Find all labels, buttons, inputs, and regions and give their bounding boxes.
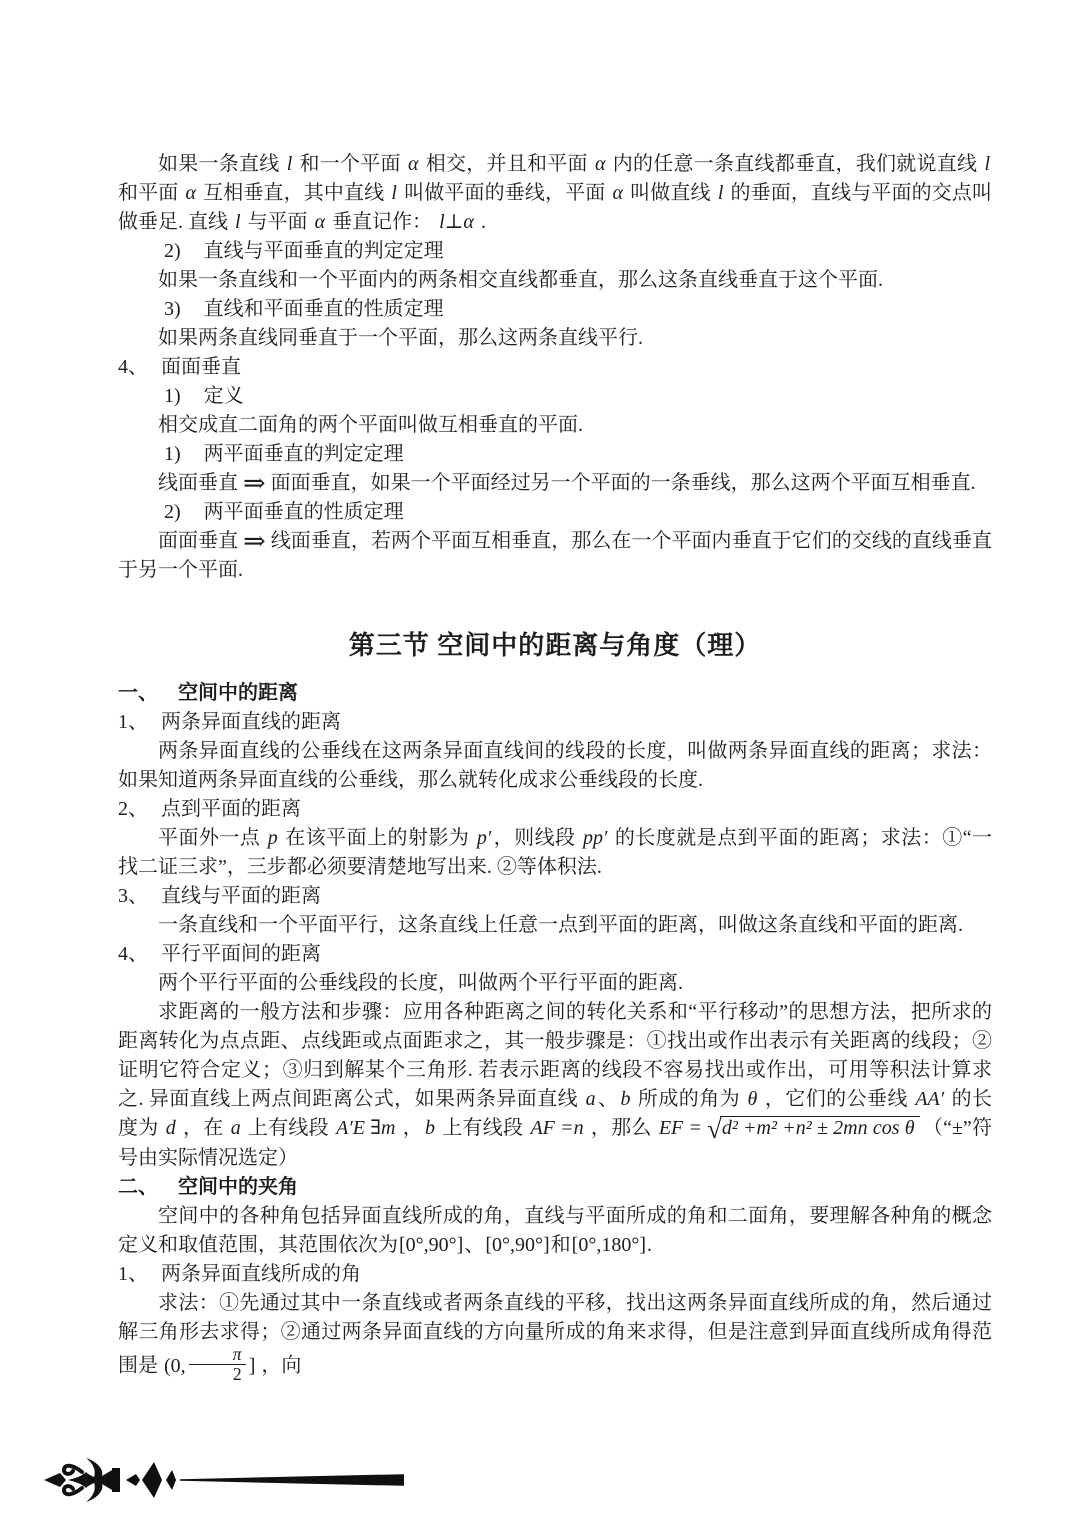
sub-list-item: 3)直线和平面垂直的性质定理 (118, 295, 992, 324)
list-number: 1) (164, 443, 181, 465)
math-expression: EF = (657, 1117, 704, 1139)
text-run: 上有线段 (243, 1117, 334, 1139)
sqrt-radicand: d² +m² +n² ± 2mn cos θ (720, 1116, 920, 1139)
list-number: 4、 (118, 943, 148, 965)
text-run: 两平面垂直的判定定理 (204, 443, 404, 465)
text-run: 平面外一点 (158, 827, 266, 849)
text-run: 直线与平面垂直的判定定理 (204, 240, 444, 262)
list-number: 一、 (118, 682, 158, 704)
math-expression: A′E ∃m (334, 1117, 397, 1139)
math-expression: θ (746, 1088, 760, 1110)
radical-sign-icon: √ (707, 1114, 720, 1144)
paragraph: 求距离的一般方法和步骤：应用各种距离之间的转化关系和“平行移动”的思想方法，把所… (118, 998, 992, 1173)
list-item: 4、平行平面间的距离 (118, 940, 992, 969)
text-run: . (647, 1234, 652, 1256)
text-run: 、 (464, 1234, 484, 1256)
text-run: 直线和平面垂直的性质定理 (204, 298, 444, 320)
paragraph: 如果两条直线同垂直于一个平面，那么这两条直线平行. (118, 324, 992, 353)
math-expression: [0°,180°] (571, 1234, 647, 1256)
list-item: 4、面面垂直 (118, 353, 992, 382)
math-expression: α (406, 153, 421, 175)
math-expression: p′ (475, 827, 493, 849)
implies-arrow-icon: ⇒ (238, 468, 271, 498)
math-expression: a (229, 1117, 243, 1139)
math-expression: l⊥α (437, 211, 476, 233)
paragraph: 平面外一点 p 在该平面上的射影为 p′，则线段 pp′ 的长度就是点到平面的距… (118, 824, 992, 882)
text-run: 互相垂直，其中直线 (198, 182, 389, 204)
text-run: 两条异面直线的公垂线在这两条异面直线间的线段的长度，叫做两条异面直线的距离；求法… (118, 740, 992, 791)
text-run: 空间中的距离 (178, 682, 298, 704)
text-run: 两平面垂直的性质定理 (204, 501, 404, 523)
sub-list-item: 2)两平面垂直的性质定理 (118, 498, 992, 527)
text-run: 和平面 (118, 182, 184, 204)
text-run: 如果一条直线和一个平面内的两条相交直线都垂直，那么这条直线垂直于这个平面. (158, 269, 883, 291)
text-run: ，那么 (586, 1117, 657, 1139)
list-number: 2、 (118, 798, 148, 820)
math-expression: l (285, 153, 295, 175)
list-item: 1、两条异面直线所成的角 (118, 1260, 992, 1289)
math-expression: l (716, 182, 726, 204)
list-item: 2、点到平面的距离 (118, 795, 992, 824)
text-run: 叫做平面的垂线，平面 (399, 182, 611, 204)
paragraph: 两条异面直线的公垂线在这两条异面直线间的线段的长度，叫做两条异面直线的距离；求法… (118, 737, 992, 795)
text-run: 点到平面的距离 (161, 798, 301, 820)
list-number: 3、 (118, 885, 148, 907)
list-number: 4、 (118, 356, 148, 378)
text-run: 、 (598, 1088, 619, 1110)
math-expression: [0°,90°] (484, 1234, 550, 1256)
text-run: 内的任意一条直线都垂直，我们就说直线 (608, 153, 983, 175)
text-run: 面面垂直 (161, 356, 241, 378)
paragraph: 线面垂直⇒面面垂直，如果一个平面经过另一个平面的一条垂线，那么这两个平面互相垂直… (118, 469, 992, 498)
paragraph: 一条直线和一个平面平行，这条直线上任意一点到平面的距离，叫做这条直线和平面的距离… (118, 911, 992, 940)
paragraph: 面面垂直⇒线面垂直，若两个平面互相垂直，那么在一个平面内垂直于它们的交线的直线垂… (118, 527, 992, 585)
list-number: 2) (164, 501, 181, 523)
sub-list-item: 1)两平面垂直的判定定理 (118, 440, 992, 469)
fraction-numerator: π (189, 1345, 246, 1364)
text-run: 一条直线和一个平面平行，这条直线上任意一点到平面的距离，叫做这条直线和平面的距离… (158, 914, 963, 936)
sub-list-item: 2)直线与平面垂直的判定定理 (118, 237, 992, 266)
implies-arrow-icon: ⇒ (238, 526, 271, 556)
text-run: 线面垂直 (158, 472, 238, 494)
document-page: 如果一条直线 l 和一个平面 α 相交，并且和平面 α 内的任意一条直线都垂直，… (0, 0, 1075, 1518)
math-expression: b (618, 1088, 632, 1110)
text-run: 相交成直二面角的两个平面叫做互相垂直的平面. (158, 414, 583, 436)
math-expression: b (423, 1117, 437, 1139)
math-expression: a (584, 1088, 598, 1110)
text-run: 在该平面上的射影为 (280, 827, 475, 849)
text-run: 如果一条直线 (158, 153, 285, 175)
text-run: 上有线段 (437, 1117, 528, 1139)
text-run: 两条异面直线的距离 (161, 711, 341, 733)
text-run: 两条异面直线所成的角 (161, 1263, 361, 1285)
math-expression: p (266, 827, 280, 849)
text-run: 第三节 空间中的距离与角度（理） (349, 631, 762, 660)
math-expression: α (611, 182, 626, 204)
text-run: ，向 (256, 1355, 301, 1377)
math-expression: l (389, 182, 399, 204)
list-number: 二、 (118, 1176, 158, 1198)
math-expression: AF =n (528, 1117, 585, 1139)
text-run: ，则线段 (493, 827, 581, 849)
text-run: ，在 (178, 1117, 229, 1139)
math-expression: α (313, 211, 328, 233)
math-expression: (0, (163, 1355, 187, 1377)
paragraph: 空间中的各种角包括异面直线所成的角，直线与平面所成的角和二面角，要理解各种角的概… (118, 1202, 992, 1260)
list-number: 2) (164, 240, 181, 262)
fraction: π2 (189, 1345, 246, 1385)
math-expression: α (593, 153, 608, 175)
list-item: 3、直线与平面的距离 (118, 882, 992, 911)
text-run: 所成的角为 (632, 1088, 745, 1110)
text-run: . (476, 211, 486, 233)
list-number: 1、 (118, 711, 148, 733)
text-run: 与平面 (243, 211, 313, 233)
text-run: 定义 (204, 385, 244, 407)
document-content: 如果一条直线 l 和一个平面 α 相交，并且和平面 α 内的任意一条直线都垂直，… (118, 150, 992, 1387)
list-number: 1) (164, 385, 181, 407)
fraction-denominator: 2 (189, 1364, 246, 1384)
section-title: 第三节 空间中的距离与角度（理） (118, 629, 992, 663)
section-heading: 二、空间中的夹角 (118, 1173, 992, 1202)
text-run: 面面垂直 (158, 530, 238, 552)
math-expression: d (164, 1117, 178, 1139)
paragraph: 如果一条直线 l 和一个平面 α 相交，并且和平面 α 内的任意一条直线都垂直，… (118, 150, 992, 237)
math-expression: l (233, 211, 243, 233)
text-run: ， (398, 1117, 423, 1139)
paragraph: 求法：①先通过其中一条直线或者两条直线的平移，找出这两条异面直线所成的角，然后通… (118, 1289, 992, 1387)
text-run: 相交，并且和平面 (421, 153, 593, 175)
list-item: 1、两条异面直线的距离 (118, 708, 992, 737)
paragraph: 相交成直二面角的两个平面叫做互相垂直的平面. (118, 411, 992, 440)
paragraph: 如果一条直线和一个平面内的两条相交直线都垂直，那么这条直线垂直于这个平面. (118, 266, 992, 295)
math-expression: α (184, 182, 199, 204)
text-run: 面面垂直，如果一个平面经过另一个平面的一条垂线，那么这两个平面互相垂直. (271, 472, 976, 494)
math-expression: [0°,90°] (398, 1234, 464, 1256)
math-expression: AA′ (913, 1088, 946, 1110)
text-run: 叫做直线 (625, 182, 716, 204)
text-run: 和 (551, 1234, 571, 1256)
sub-list-item: 1)定义 (118, 382, 992, 411)
list-number: 1、 (118, 1263, 148, 1285)
sqrt-expression: √d² +m² +n² ± 2mn cos θ (707, 1117, 920, 1139)
text-run: 如果两条直线同垂直于一个平面，那么这两条直线平行. (158, 327, 643, 349)
paragraph: 两个平行平面的公垂线段的长度，叫做两个平行平面的距离. (118, 969, 992, 998)
text-run: 平行平面间的距离 (161, 943, 321, 965)
text-run: 两个平行平面的公垂线段的长度，叫做两个平行平面的距离. (158, 972, 683, 994)
text-run: 垂直记作： (327, 211, 437, 233)
math-expression: pp′ (581, 827, 609, 849)
list-number: 3) (164, 298, 181, 320)
text-run: 直线与平面的距离 (161, 885, 321, 907)
calligraphic-divider-icon (42, 1452, 422, 1508)
section-heading: 一、空间中的距离 (118, 679, 992, 708)
text-run: 空间中的夹角 (178, 1176, 298, 1198)
text-run: 和一个平面 (294, 153, 406, 175)
text-run: ，它们的公垂线 (759, 1088, 913, 1110)
math-expression: l (982, 153, 992, 175)
